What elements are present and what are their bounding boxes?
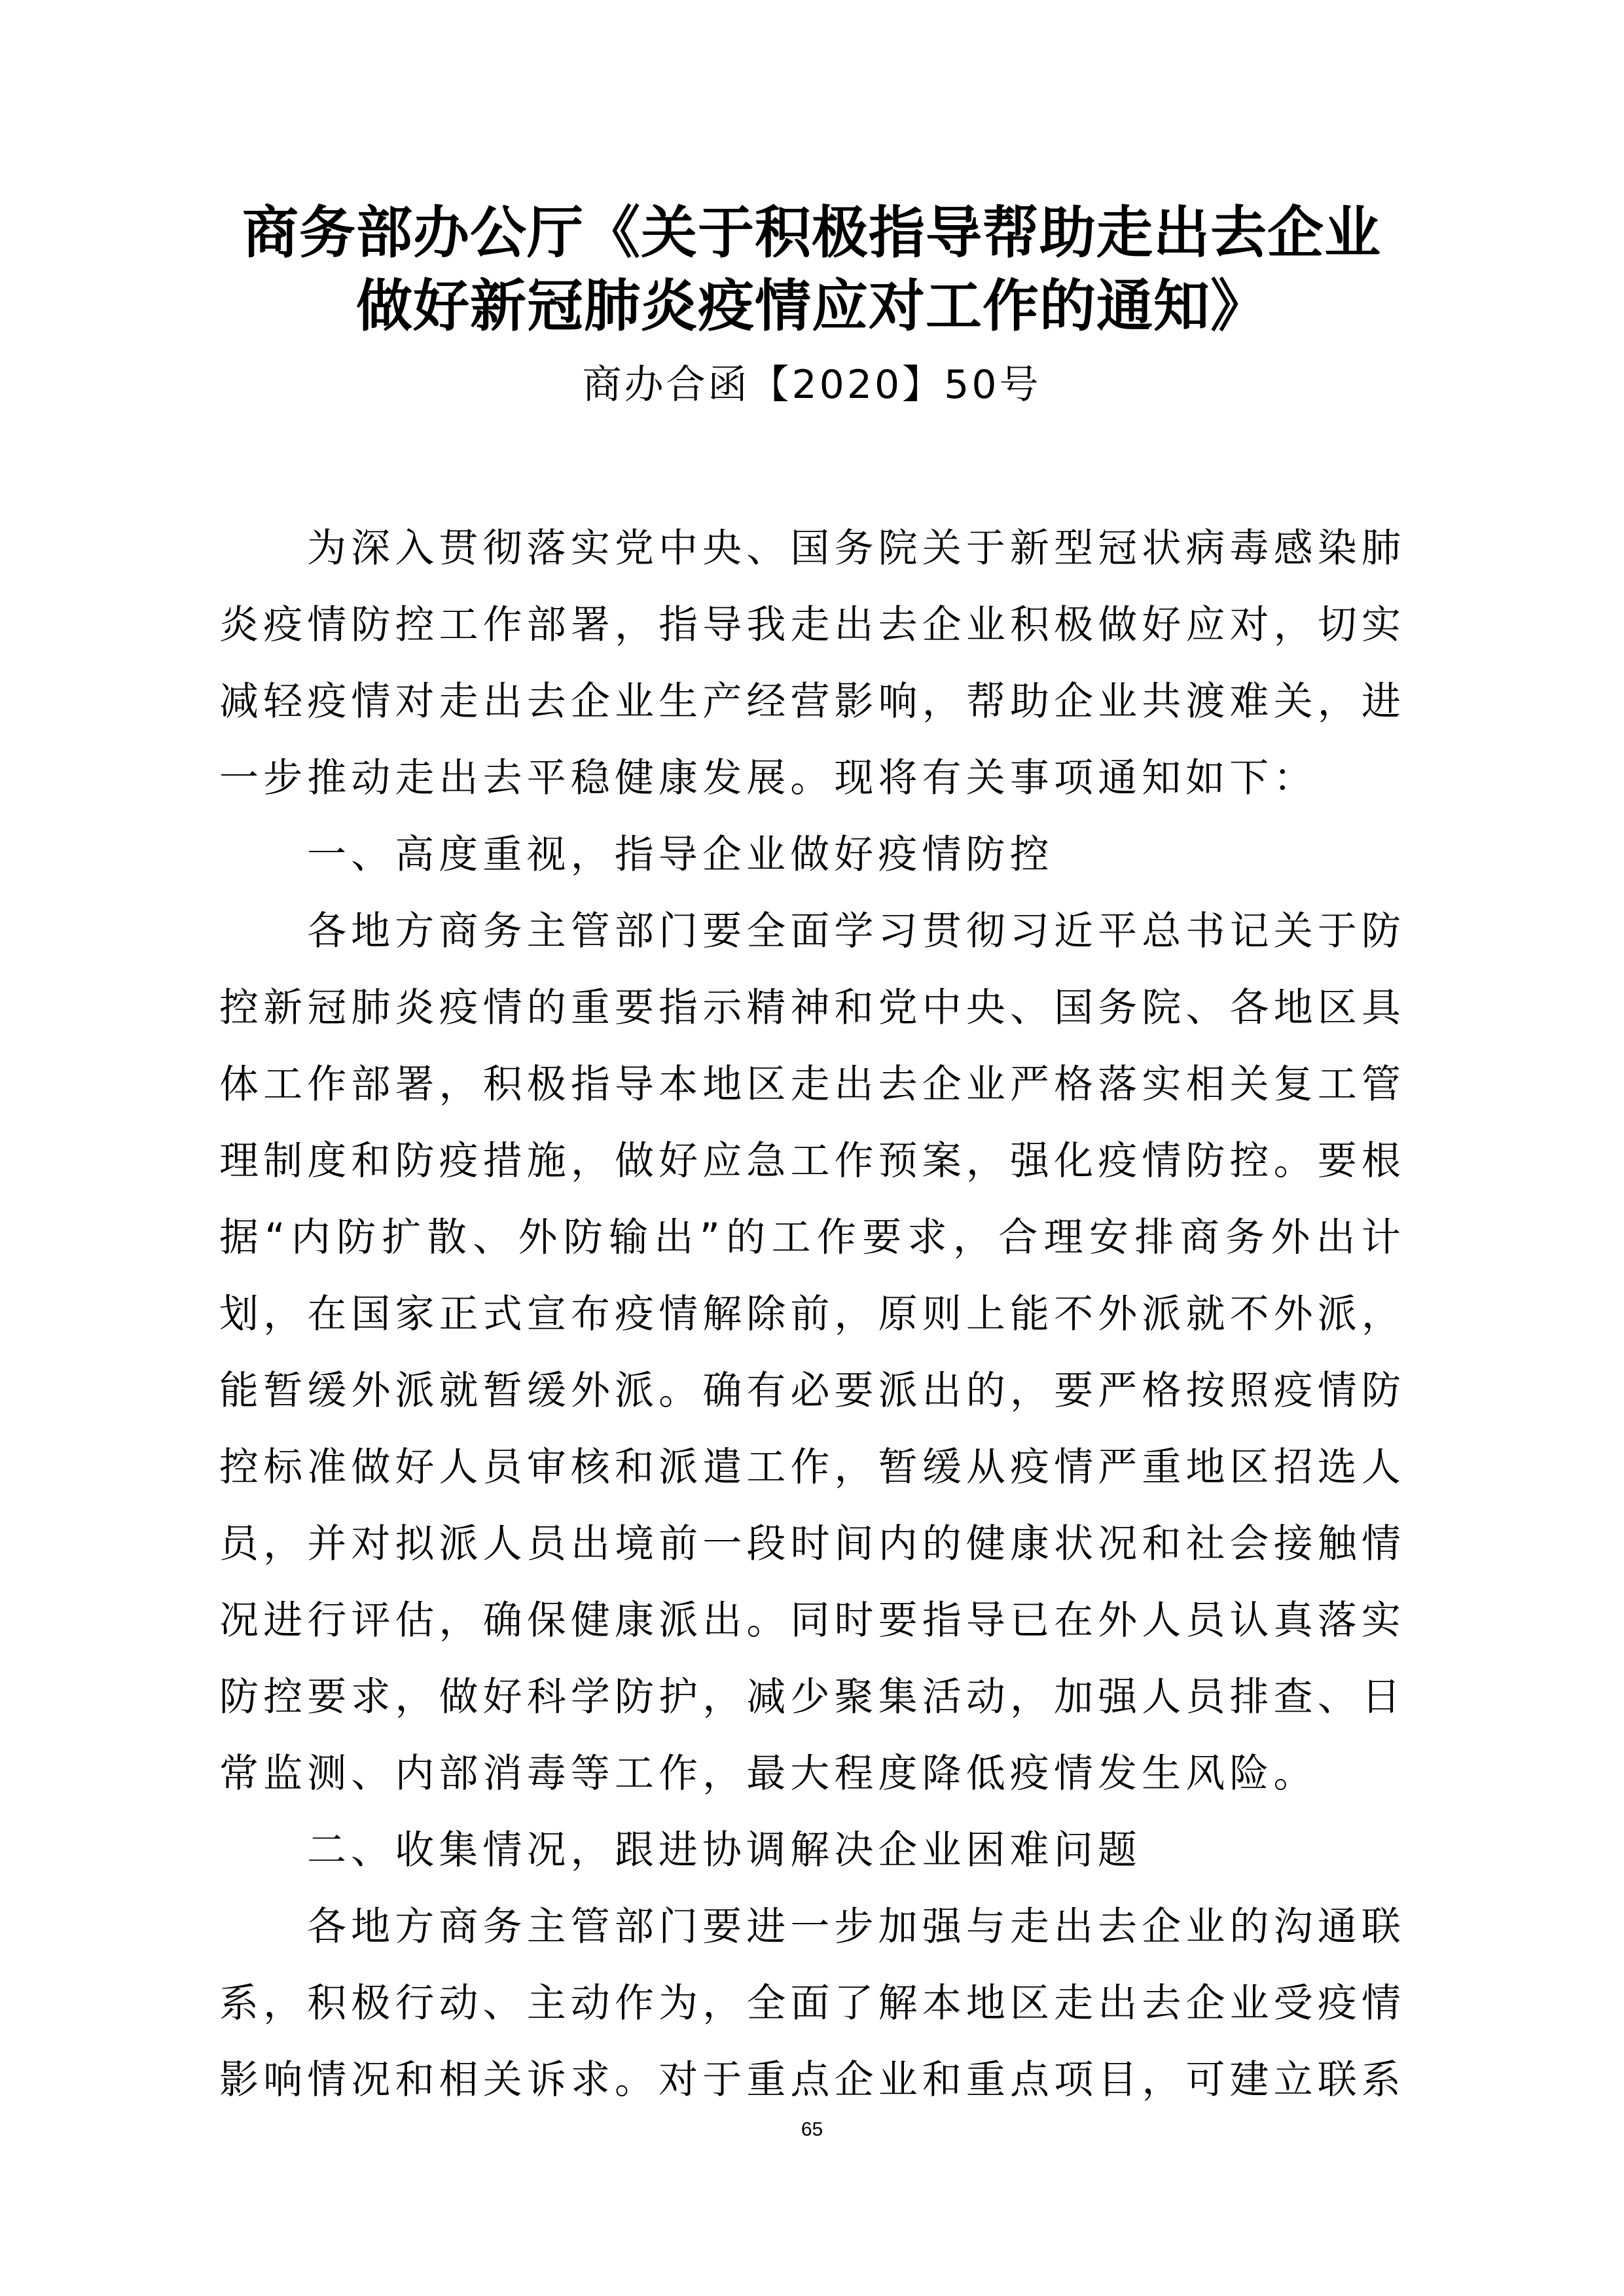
page-number: 65 [0,2117,1624,2143]
paragraph-line: 防控要求，做好科学防护，减少聚集活动，加强人员排查、日 [219,1659,1405,1736]
section-heading-2: 二、收集情况，跟进协调解决企业困难问题 [219,1812,1405,1889]
section-heading-1: 一、高度重视，指导企业做好疫情防控 [219,817,1405,893]
paragraph-line: 况进行评估，确保健康派出。同时要指导已在外人员认真落实 [219,1583,1405,1659]
paragraph-line: 员，并对拟派人员出境前一段时间内的健康状况和社会接触情 [219,1506,1405,1583]
paragraph-line: 各地方商务主管部门要进一步加强与走出去企业的沟通联 [219,1889,1405,1965]
paragraph-line: 能暂缓外派就暂缓外派。确有必要派出的，要严格按照疫情防 [219,1353,1405,1429]
paragraph-line: 为深入贯彻落实党中央、国务院关于新型冠状病毒感染肺 [219,511,1405,587]
paragraph-line: 减轻疫情对走出去企业生产经营影响，帮助企业共渡难关，进 [219,664,1405,740]
paragraph-line: 据“内防扩散、外防输出”的工作要求，合理安排商务外出计 [219,1200,1405,1276]
paragraph-line: 控标准做好人员审核和派遣工作，暂缓从疫情严重地区招选人 [219,1429,1405,1506]
document-page: 商务部办公厅《关于积极指导帮助走出去企业 做好新冠肺炎疫情应对工作的通知》 商办… [0,0,1624,2296]
paragraph-line: 体工作部署，积极指导本地区走出去企业严格落实相关复工管 [219,1047,1405,1123]
paragraph-line: 划，在国家正式宣布疫情解除前，原则上能不外派就不外派， [219,1276,1405,1353]
title-line-2: 做好新冠肺炎疫情应对工作的通知》 [196,270,1427,343]
document-body: 为深入贯彻落实党中央、国务院关于新型冠状病毒感染肺 炎疫情防控工作部署，指导我走… [219,511,1405,2119]
paragraph-line: 控新冠肺炎疫情的重要指示精神和党中央、国务院、各地区具 [219,970,1405,1047]
paragraph-line: 系，积极行动、主动作为，全面了解本地区走出去企业受疫情 [219,1965,1405,2042]
paragraph-line: 一步推动走出去平稳健康发展。现将有关事项通知如下： [219,740,1405,817]
paragraph-line: 常监测、内部消毒等工作，最大程度降低疫情发生风险。 [219,1736,1405,1812]
paragraph-line: 理制度和防疫措施，做好应急工作预案，强化疫情防控。要根 [219,1123,1405,1200]
document-number: 商办合函【2020】50号 [196,359,1427,411]
paragraph-line: 炎疫情防控工作部署，指导我走出去企业积极做好应对，切实 [219,587,1405,664]
paragraph-line: 影响情况和相关诉求。对于重点企业和重点项目，可建立联系 [219,2042,1405,2119]
paragraph-line: 各地方商务主管部门要全面学习贯彻习近平总书记关于防 [219,893,1405,970]
title-line-1: 商务部办公厅《关于积极指导帮助走出去企业 [196,196,1427,270]
document-title: 商务部办公厅《关于积极指导帮助走出去企业 做好新冠肺炎疫情应对工作的通知》 [196,196,1427,343]
